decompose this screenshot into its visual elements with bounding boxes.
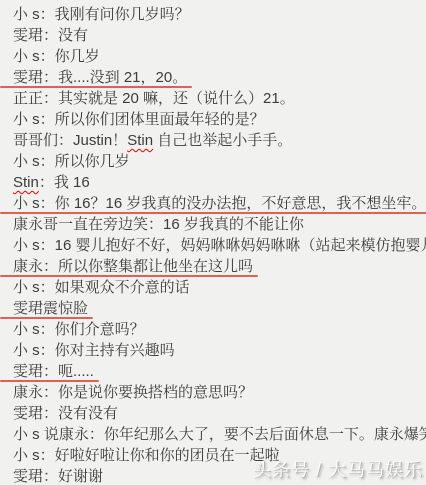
- line-text: 小 s：我刚有问你几岁吗？: [13, 4, 190, 25]
- text-segment: 小 s：你 16？16 岁我真的没办法抱，不好意思，我不想坐牢。: [13, 195, 426, 212]
- text-segment: 小 s：你几岁: [13, 48, 100, 65]
- transcript-line: 小 s：我刚有问你几岁吗？: [13, 4, 422, 25]
- line-text: 小 s：好啦好啦让你和你的团员在一起啦: [13, 445, 280, 466]
- transcript-line-highlighted: 雯珺：呃.....: [13, 361, 422, 382]
- transcript-line-highlighted: 康永：所以你整集都让他坐在这儿吗: [13, 256, 422, 277]
- text-segment: 雯珺：没有没有: [13, 405, 118, 422]
- transcript-line: Stin：我 16: [13, 172, 422, 193]
- text-segment: 小 s：所以你们团体里面最年轻的是？: [13, 111, 265, 128]
- transcript-line: 小 s：你对主持有兴趣吗: [13, 340, 422, 361]
- text-segment: 小 s：16 婴儿抱好不好，妈妈咻咻妈妈咻咻（站起来模仿抱婴儿）: [13, 237, 426, 254]
- transcript-line: 雯珺：没有: [13, 25, 422, 46]
- transcript-line: 正正：其实就是 20 嘛，还（说什么）21。: [13, 88, 422, 109]
- transcript-line-highlighted: 雯珺震惊脸: [13, 298, 422, 319]
- line-text: 小 s：所以你几岁: [13, 151, 130, 172]
- line-text: 雯珺：我....没到 21，20。: [13, 67, 187, 88]
- text-segment: 小 s：所以你几岁: [13, 153, 130, 170]
- line-text: 康永哥一直在旁边笑：16 岁我真的不能让你: [13, 214, 304, 235]
- transcript-line: 小 s：如果观众不介意的话: [13, 277, 422, 298]
- line-text: 雯珺：好谢谢: [13, 466, 103, 485]
- line-text: 小 s：16 婴儿抱好不好，妈妈咻咻妈妈咻咻（站起来模仿抱婴儿）: [13, 235, 426, 256]
- transcript-line: 小 s：你几岁: [13, 46, 422, 67]
- text-segment: 雯珺震惊脸: [13, 300, 88, 317]
- line-text: 小 s：你对主持有兴趣吗: [13, 340, 175, 361]
- transcript-line: 小 s 说康永：你年纪那么大了，要不去后面休息一下。康永爆笑。: [13, 424, 422, 445]
- text-segment: 小 s：我刚有问你几岁吗？: [13, 6, 190, 23]
- transcript-line: 小 s：16 婴儿抱好不好，妈妈咻咻妈妈咻咻（站起来模仿抱婴儿）: [13, 235, 422, 256]
- line-text: 小 s 说康永：你年纪那么大了，要不去后面休息一下。康永爆笑。: [13, 424, 426, 445]
- line-text: 哥哥们：Justin！Stin 自己也举起小手手。: [13, 130, 292, 151]
- line-text: 雯珺：没有没有: [13, 403, 118, 424]
- text-segment: 小 s：你们介意吗？: [13, 321, 145, 338]
- text-segment: 小 s：好啦好啦让你和你的团员在一起啦: [13, 447, 280, 464]
- transcript-page: 小 s：我刚有问你几岁吗？雯珺：没有小 s：你几岁雯珺：我....没到 21，2…: [0, 0, 426, 485]
- line-text: 康永：所以你整集都让他坐在这儿吗: [13, 256, 253, 277]
- transcript-line: 雯珺：没有没有: [13, 403, 422, 424]
- line-text: 康永：你是说你要换搭档的意思吗？: [13, 382, 253, 403]
- line-text: 正正：其实就是 20 嘛，还（说什么）21。: [13, 88, 295, 109]
- line-text: 雯珺：没有: [13, 25, 88, 46]
- spellcheck-flagged-word: Stin: [13, 174, 39, 191]
- transcript-line: 小 s：所以你们团体里面最年轻的是？: [13, 109, 422, 130]
- transcript-line: 康永：你是说你要换搭档的意思吗？: [13, 382, 422, 403]
- text-segment: 哥哥们：Justin！: [13, 132, 127, 149]
- text-segment: 雯珺：好谢谢: [13, 468, 103, 485]
- transcript-line-highlighted: 小 s：你 16？16 岁我真的没办法抱，不好意思，我不想坐牢。: [13, 193, 422, 214]
- text-segment: 雯珺：没有: [13, 27, 88, 44]
- watermark: 头条号 / 大马马娱乐: [253, 456, 423, 482]
- line-text: 小 s：所以你们团体里面最年轻的是？: [13, 109, 265, 130]
- text-segment: 正正：其实就是 20 嘛，还（说什么）21。: [13, 90, 295, 107]
- transcript-line-highlighted: 雯珺：我....没到 21，20。: [13, 67, 422, 88]
- transcript-line: 小 s：你们介意吗？: [13, 319, 422, 340]
- transcript-line: 哥哥们：Justin！Stin 自己也举起小手手。: [13, 130, 422, 151]
- line-text: 小 s：如果观众不介意的话: [13, 277, 190, 298]
- line-text: Stin：我 16: [13, 172, 90, 193]
- text-segment: 康永哥一直在旁边笑：16 岁我真的不能让你: [13, 216, 304, 233]
- text-segment: 康永：所以你整集都让他坐在这儿吗: [13, 258, 253, 275]
- transcript-lines: 小 s：我刚有问你几岁吗？雯珺：没有小 s：你几岁雯珺：我....没到 21，2…: [13, 4, 422, 485]
- line-text: 小 s：你几岁: [13, 46, 100, 67]
- text-segment: 小 s 说康永：你年纪那么大了，要不去后面休息一下。康永爆笑。: [13, 426, 426, 443]
- line-text: 雯珺震惊脸: [13, 298, 88, 319]
- text-segment: 康永：你是说你要换搭档的意思吗？: [13, 384, 253, 401]
- line-text: 小 s：你 16？16 岁我真的没办法抱，不好意思，我不想坐牢。: [13, 193, 426, 214]
- transcript-line: 康永哥一直在旁边笑：16 岁我真的不能让你: [13, 214, 422, 235]
- text-segment: 自己也举起小手手。: [153, 132, 292, 149]
- text-segment: 小 s：如果观众不介意的话: [13, 279, 190, 296]
- line-text: 小 s：你们介意吗？: [13, 319, 145, 340]
- text-segment: ：我 16: [39, 174, 90, 191]
- line-text: 雯珺：呃.....: [13, 361, 94, 382]
- text-segment: 雯珺：我....没到 21，20。: [13, 69, 187, 86]
- text-segment: 小 s：你对主持有兴趣吗: [13, 342, 175, 359]
- text-segment: 雯珺：呃.....: [13, 363, 94, 380]
- transcript-line: 小 s：所以你几岁: [13, 151, 422, 172]
- spellcheck-flagged-word: Stin: [127, 132, 153, 149]
